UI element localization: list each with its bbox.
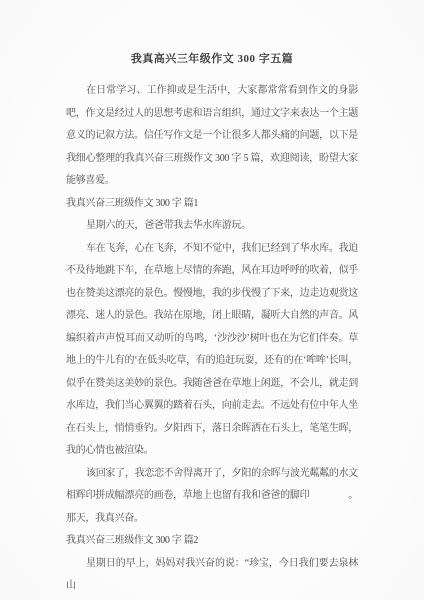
document-body: 在日常学习、工作抑或是生活中，大家都常常看到作文的身影吧，作文是经过人的思想考虑… <box>66 80 358 598</box>
paragraph: 在日常学习、工作抑或是生活中，大家都常常看到作文的身影吧，作文是经过人的思想考虑… <box>66 80 358 193</box>
paragraph: 该回家了，我恋恋不舍得离开了，夕阳的余晖与波光粼粼的水文相辉印拼成幅漂亮的画卷，… <box>66 463 358 531</box>
document-page: 我真高兴三年级作文 300 字五篇 在日常学习、工作抑或是生活中，大家都常常看到… <box>0 0 424 600</box>
paragraph: 星期六的天，爸爸带我去华水库游玩。 <box>66 215 358 238</box>
document-title: 我真高兴三年级作文 300 字五篇 <box>66 50 358 68</box>
section-heading: 我真兴奋三班级作文 300 字 篇2 <box>66 530 358 553</box>
paragraph: 星期日的早上，妈妈对我兴奋的说：“珍宝，今日我们要去泉林山 <box>66 553 358 598</box>
paragraph: 车在飞奔，心在飞奔，不知不觉中，我们已经到了华水库。我迫不及待地跳下车，在草地上… <box>66 238 358 463</box>
section-heading: 我真兴奋三班级作文 300 字 篇1 <box>66 193 358 216</box>
